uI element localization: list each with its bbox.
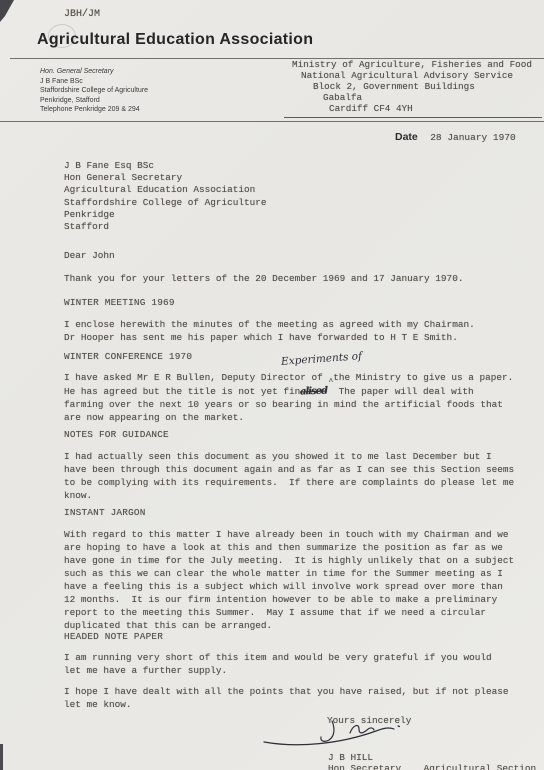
signer-title: Hon Secretary Agricultural Section [328, 763, 536, 770]
reference-code: JBH/JM [64, 9, 100, 20]
recipient-line: Agricultural Education Association [64, 184, 267, 196]
signer-name: J B HILL [328, 752, 373, 763]
sender-address-line: Gabalfa [292, 93, 532, 104]
letterhead-secretary-block: Hon. General Secretary J B Fane BSc Staf… [40, 67, 148, 115]
handwritten-signature [258, 714, 403, 757]
section-heading-headed-note-paper: HEADED NOTE PAPER [64, 630, 163, 643]
winter-conference-paragraph: I have asked Mr E R Bullen, Deputy Direc… [64, 371, 513, 424]
signature-icon [258, 714, 403, 752]
section-heading-instant-jargon: INSTANT JARGON [64, 506, 146, 519]
recipient-address-block: J B Fane Esq BSc Hon General Secretary A… [64, 160, 267, 233]
typed-text: farming over the next 10 years or so bea… [64, 399, 503, 423]
section-heading-winter-meeting: WINTER MEETING 1969 [64, 296, 175, 309]
letterhead-info-line: Staffordshire College of Agriculture [40, 86, 148, 96]
sender-address-block: Ministry of Agriculture, Fisheries and F… [292, 60, 532, 115]
scan-edge-artifact [0, 744, 3, 770]
letterhead-info-line: Penkridge, Stafford [40, 96, 148, 106]
salutation: Dear John [64, 249, 115, 262]
insertion-caret: ^ [328, 376, 333, 389]
letterhead-info-line: Hon. General Secretary [40, 67, 148, 77]
scribbled-out-word: alised [300, 385, 327, 399]
section-heading-notes-for-guidance: NOTES FOR GUIDANCE [64, 428, 169, 441]
recipient-line: J B Fane Esq BSc [64, 160, 267, 172]
letterhead-rule-bottom [0, 121, 544, 122]
recipient-line: Penkridge [64, 209, 267, 221]
intro-paragraph: Thank you for your letters of the 20 Dec… [64, 272, 463, 285]
letterhead-info-line: Telephone Penkridge 209 & 294 [40, 105, 148, 115]
closing-paragraph: I hope I have dealt with all the points … [64, 685, 508, 711]
typed-text: I have asked Mr E R Bullen, Deputy Direc… [64, 372, 323, 383]
typed-text: He has agreed but the title is not yet f… [64, 386, 300, 397]
scan-corner-artifact [0, 0, 14, 22]
section-heading-winter-conference: WINTER CONFERENCE 1970 [64, 350, 192, 363]
date-value: 28 January 1970 [430, 132, 516, 143]
scanned-letter-page: JBH/JM Agricultural Education Associatio… [0, 0, 544, 770]
letterhead-info-line: J B Fane BSc [40, 77, 148, 87]
date-label: Date [395, 131, 418, 143]
typed-text: the Ministry to give us a paper. [333, 372, 513, 383]
notes-for-guidance-paragraph: I had actually seen this document as you… [64, 450, 514, 502]
dateline: Date 28 January 1970 [395, 127, 516, 145]
headed-note-paper-paragraph: I am running very short of this item and… [64, 651, 492, 677]
sender-address-line: Cardiff CF4 4YH [292, 104, 532, 115]
recipient-line: Stafford [64, 221, 267, 233]
sender-address-underline [284, 117, 542, 118]
handwritten-insertion: Experiments of [281, 350, 363, 368]
recipient-line: Staffordshire College of Agriculture [64, 197, 267, 209]
typed-text: The paper will deal with [327, 386, 473, 397]
letterhead-title: Agricultural Education Association [37, 31, 313, 49]
winter-meeting-paragraph: I enclose herewith the minutes of the me… [64, 318, 475, 344]
instant-jargon-paragraph: With regard to this matter I have alread… [64, 528, 514, 632]
recipient-line: Hon General Secretary [64, 172, 267, 184]
